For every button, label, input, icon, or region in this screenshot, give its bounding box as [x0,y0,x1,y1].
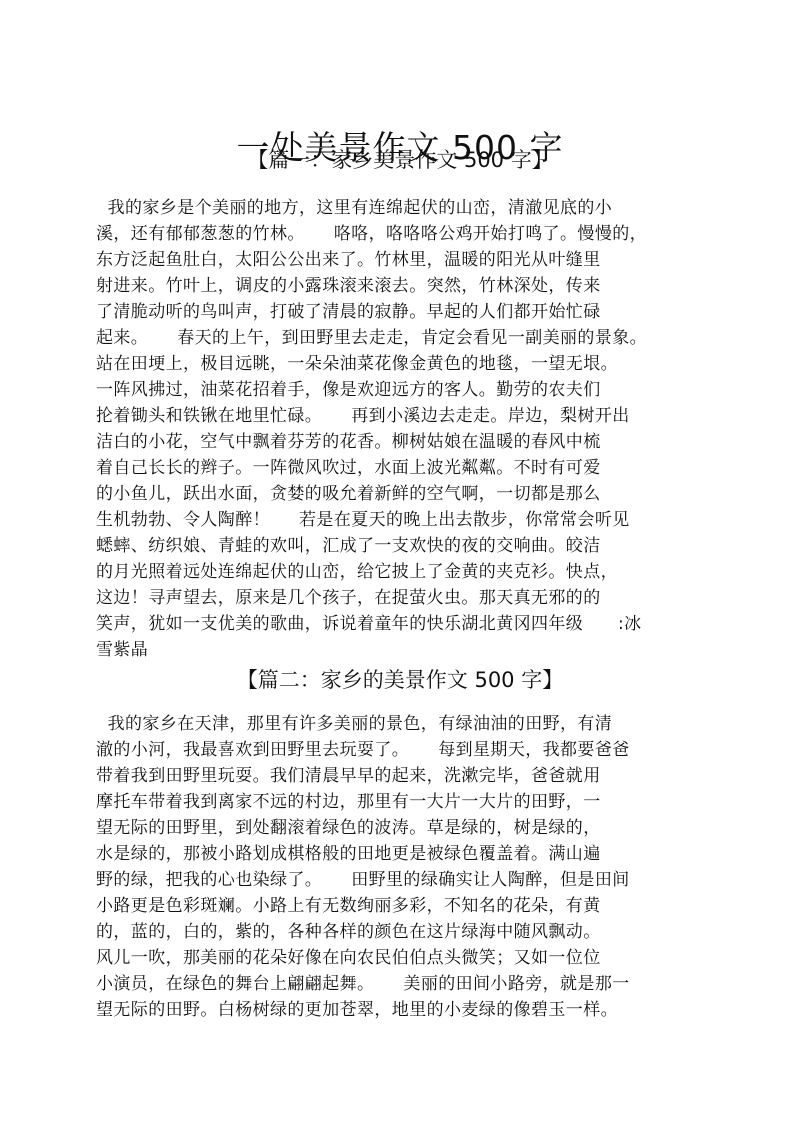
text-line: 小演员，在绿色的舞台上翩翩起舞。 美丽的田间小路旁，就是那一 [96,972,630,996]
section-2-heading: 【篇二：家乡的美景作文 500 字】 [0,666,800,694]
text-line: 笑声，犹如一支优美的歌曲，诉说着童年的快乐湖北黄冈四年级 :冰 [96,612,642,636]
text-line: 生机勃勃、令人陶醉！ 若是在夏天的晚上出去散步，你常常会听见 [96,508,630,532]
text-line: 这边！寻声望去，原来是几个孩子，在捉萤火虫。那天真无邪的的 [96,586,601,610]
text-line: 的，蓝的，白的，紫的，各种各样的颜色在这片绿海中随风飘动。 [96,920,601,944]
text-line: 带着我到田野里玩耍。我们清晨早早的起来，洗漱完毕，爸爸就用 [96,764,601,788]
text-line: 东方泛起鱼肚白，太阳公公出来了。竹林里，温暖的阳光从叶缝里 [96,248,601,272]
text-line: 蟋蟀、纺织娘、青蛙的欢叫，汇成了一支欢快的夜的交响曲。皎洁 [96,534,601,558]
text-line: 射进来。竹叶上，调皮的小露珠滚来滚去。突然，竹林深处，传来 [96,274,601,298]
text-line: 雪紫晶 [96,638,148,662]
text-line: 望无际的田野里，到处翻滚着绿色的波涛。草是绿的，树是绿的， [96,816,601,840]
text-line: 澈的小河，我最喜欢到田野里去玩耍了。 每到星期天，我都要爸爸 [96,738,630,762]
text-line: 起来。 春天的上午，到田野里去走走，肯定会看见一副美丽的景象。 [96,326,647,350]
text-line: 站在田埂上，极目远眺，一朵朵油菜花像金黄色的地毯，一望无垠。 [96,352,618,376]
text-line: 望无际的田野。白杨树绿的更加苍翠，地里的小麦绿的像碧玉一样。 [96,998,618,1022]
text-line: 我的家乡是个美丽的地方，这里有连绵起伏的山峦，清澈见底的小 [96,196,612,220]
text-line: 抡着锄头和铁锹在地里忙碌。 再到小溪边去走走。岸边，梨树开出 [96,404,630,428]
text-line: 的月光照着远处连绵起伏的山峦，给它披上了金黄的夹克衫。快点， [96,560,618,584]
text-line: 野的绿，把我的心也染绿了。 田野里的绿确实让人陶醉，但是田间 [96,868,630,892]
text-line: 溪，还有郁郁葱葱的竹林。 咯咯，咯咯咯公鸡开始打鸣了。慢慢的， [96,222,647,246]
text-line: 我的家乡在天津，那里有许多美丽的景色，有绿油油的田野，有清 [96,712,612,736]
section-1-heading: 【篇一：家乡美景作文 500 字】 [0,146,800,174]
text-line: 风儿一吹，那美丽的花朵好像在向农民伯伯点头微笑；又如一位位 [96,946,601,970]
text-line: 洁白的小花，空气中飘着芬芳的花香。柳树姑娘在温暖的春风中梳 [96,430,601,454]
text-line: 的小鱼儿，跃出水面，贪婪的吸允着新鲜的空气啊，一切都是那么 [96,482,601,506]
text-line: 小路更是色彩斑斓。小路上有无数绚丽多彩，不知名的花朵，有黄 [96,894,601,918]
text-line: 了清脆动听的鸟叫声，打破了清晨的寂静。早起的人们都开始忙碌 [96,300,601,324]
text-line: 摩托车带着我到离家不远的村边，那里有一大片一大片的田野，一 [96,790,601,814]
text-line: 水是绿的，那被小路划成棋格般的田地更是被绿色覆盖着。满山遍 [96,842,601,866]
text-line: 着自己长长的辫子。一阵微风吹过，水面上波光粼粼。不时有可爱 [96,456,601,480]
text-line: 一阵风拂过，油菜花招着手，像是欢迎远方的客人。勤劳的农夫们 [96,378,601,402]
